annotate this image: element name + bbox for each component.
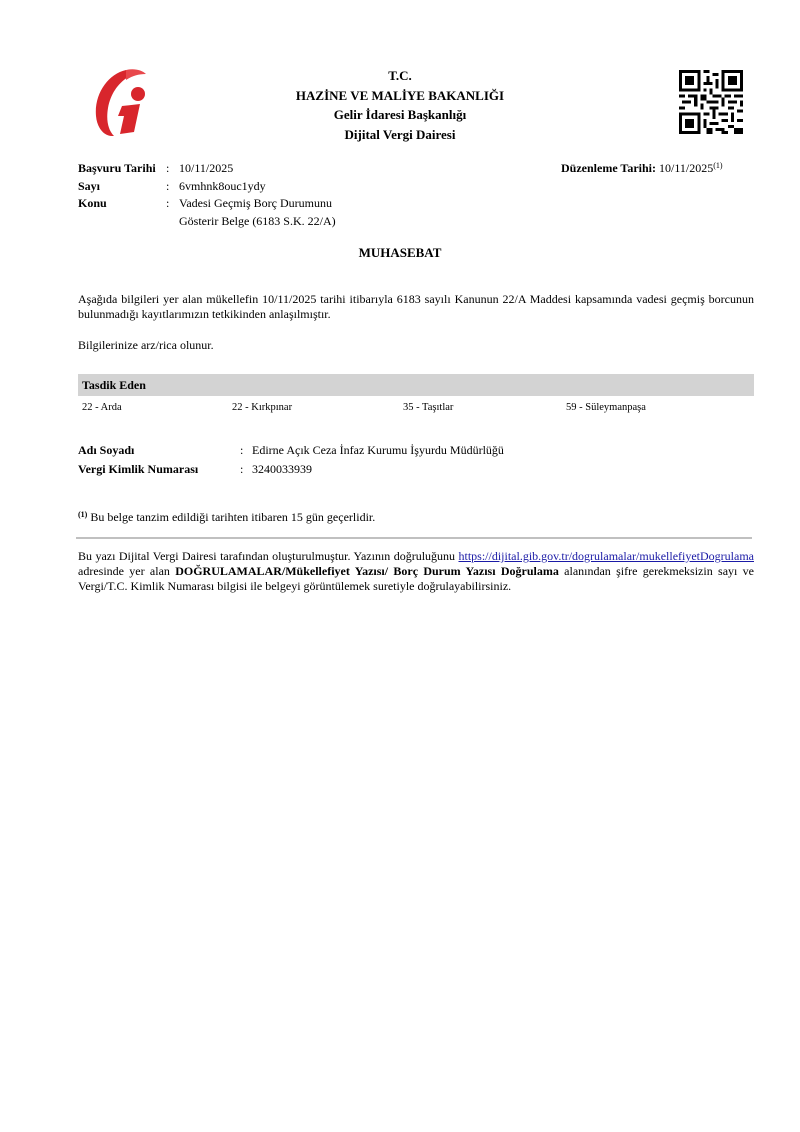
application-date-value: 10/11/2025 — [179, 160, 379, 178]
issue-date: Düzenleme Tarihi: 10/11/2025(1) — [561, 160, 723, 178]
header-ministry: HAZİNE VE MALİYE BAKANLIĞI — [280, 86, 520, 106]
taxpayer-name-row: Adı Soyadı : Edirne Açık Ceza İnfaz Kuru… — [78, 441, 504, 460]
validity-footnote: (1) Bu belge tanzim edildiği tarihten it… — [78, 510, 375, 525]
document-page: T.C. HAZİNE VE MALİYE BAKANLIĞI Gelir İd… — [0, 0, 800, 1132]
colon: : — [166, 160, 179, 178]
approval-header: Tasdik Eden — [78, 374, 754, 396]
footnote-marker: (1) — [78, 510, 87, 519]
approval-office: 22 - Arda — [82, 402, 232, 413]
header-office: Dijital Vergi Dairesi — [280, 125, 520, 145]
verification-text-2: adresinde yer alan — [78, 564, 175, 578]
number-label: Sayı — [78, 178, 166, 196]
gib-logo-icon — [86, 66, 152, 138]
tax-id-value: 3240033939 — [252, 460, 312, 479]
qr-code-icon — [679, 70, 743, 134]
number-value: 6vmhnk8ouc1ydy — [179, 178, 379, 196]
document-header: T.C. HAZİNE VE MALİYE BAKANLIĞI Gelir İd… — [280, 66, 520, 144]
tax-id-label: Vergi Kimlik Numarası — [78, 460, 240, 479]
footnote-text: Bu belge tanzim edildiği tarihten itibar… — [90, 510, 375, 524]
approval-office: 59 - Süleymanpaşa — [566, 402, 646, 413]
tax-id-row: Vergi Kimlik Numarası : 3240033939 — [78, 460, 504, 479]
subject-line-1: Vadesi Geçmiş Borç Durumunu — [179, 196, 332, 210]
taxpayer-name-value: Edirne Açık Ceza İnfaz Kurumu İşyurdu Mü… — [252, 441, 504, 460]
verification-note: Bu yazı Dijital Vergi Dairesi tarafından… — [78, 549, 754, 594]
number-row: Sayı : 6vmhnk8ouc1ydy — [78, 178, 379, 196]
closing-paragraph: Bilgilerinize arz/rica olunur. — [78, 338, 754, 353]
verification-path: DOĞRULAMALAR/Mükellefiyet Yazısı/ Borç D… — [175, 564, 559, 578]
colon: : — [166, 195, 179, 230]
colon: : — [240, 441, 252, 460]
subject-value: Vadesi Geçmiş Borç Durumunu Gösterir Bel… — [179, 195, 379, 230]
application-date-row: Başvuru Tarihi : 10/11/2025 — [78, 160, 379, 178]
colon: : — [166, 178, 179, 196]
divider — [76, 537, 752, 539]
approval-offices: 22 - Arda 22 - Kırkpınar 35 - Taşıtlar 5… — [82, 402, 754, 413]
taxpayer-name-label: Adı Soyadı — [78, 441, 240, 460]
verification-link[interactable]: https://dijital.gib.gov.tr/dogrulamalar/… — [459, 549, 755, 563]
subject-label: Konu — [78, 195, 166, 230]
subject-row: Konu : Vadesi Geçmiş Borç Durumunu Göste… — [78, 195, 379, 230]
subject-line-2: Gösterir Belge (6183 S.K. 22/A) — [179, 214, 336, 228]
header-tc: T.C. — [280, 66, 520, 86]
document-title: MUHASEBAT — [0, 245, 800, 261]
document-meta: Başvuru Tarihi : 10/11/2025 Sayı : 6vmhn… — [78, 160, 379, 230]
body-paragraph: Aşağıda bilgileri yer alan mükellefin 10… — [78, 292, 754, 322]
issue-date-label: Düzenleme Tarihi: — [561, 161, 656, 175]
taxpayer-info: Adı Soyadı : Edirne Açık Ceza İnfaz Kuru… — [78, 441, 504, 479]
approval-office: 22 - Kırkpınar — [232, 402, 403, 413]
colon: : — [240, 460, 252, 479]
issue-date-value: 10/11/2025 — [659, 161, 713, 175]
header-administration: Gelir İdaresi Başkanlığı — [280, 105, 520, 125]
verification-text-1: Bu yazı Dijital Vergi Dairesi tarafından… — [78, 549, 459, 563]
application-date-label: Başvuru Tarihi — [78, 160, 166, 178]
approval-office: 35 - Taşıtlar — [403, 402, 566, 413]
issue-date-note: (1) — [713, 161, 722, 170]
